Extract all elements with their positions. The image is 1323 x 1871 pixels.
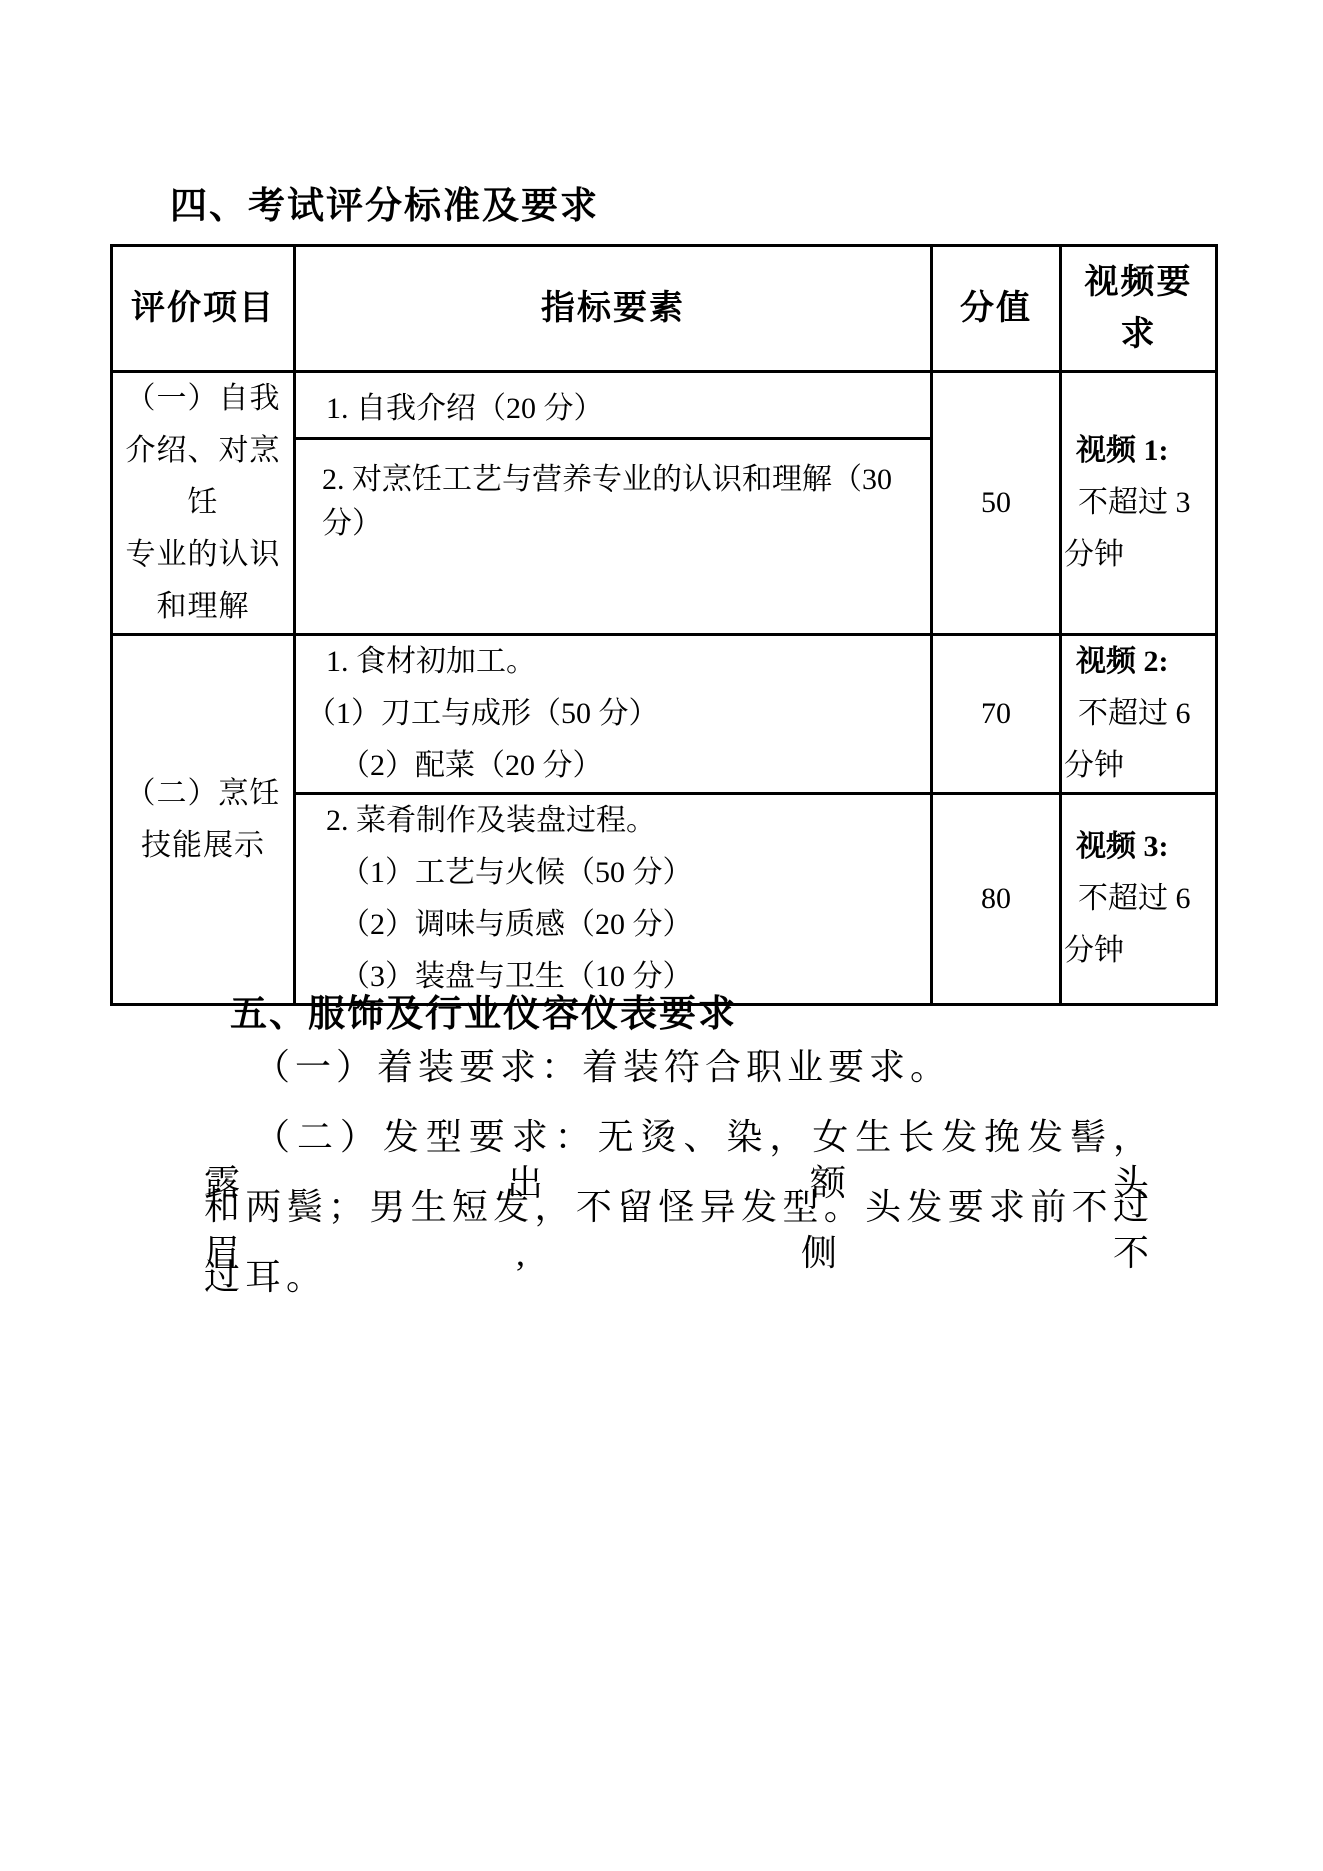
g2r1-line2: （1）刀工与成形（50 分） [296,688,930,740]
cell-indicator-g2r1: 1. 食材初加工。 （1）刀工与成形（50 分） （2）配菜（20 分） [295,635,932,794]
header-indicator: 指标要素 [295,246,932,372]
project-g1-line1: （一）自我 [113,373,293,425]
project-g2-line2: 技能展示 [113,820,293,872]
dress-requirement-paragraph: （一）着装要求：着装符合职业要求。 [204,1044,1154,1090]
project-g1-line3: 专业的认识 [113,529,293,581]
video1-limit-line2: 分钟 [1062,529,1215,581]
video3-title: 视频 3: [1062,821,1215,873]
video1-title: 视频 1: [1062,425,1215,477]
section4-heading: 四、考试评分标准及要求 [170,175,599,229]
section5-heading: 五、服饰及行业仪容仪表要求 [230,983,737,1037]
hairstyle-requirement-line3: 过耳。 [204,1254,1154,1300]
project-g1-line4: 和理解 [113,581,293,633]
header-video: 视频要 求 [1061,246,1217,372]
g2r1-line1: 1. 食材初加工。 [296,636,930,688]
video2-title: 视频 2: [1062,636,1215,688]
video1-limit-line1: 不超过 3 [1062,477,1215,529]
g2r1-line3: （2）配菜（20 分） [296,740,930,792]
cell-indicator-g1r2: 2. 对烹饪工艺与营养专业的认识和理解（30 分） [295,438,932,634]
g2r2-line3: （2）调味与质感（20 分） [296,899,930,951]
table-header-row: 评价项目 指标要素 分值 视频要 求 [112,246,1217,372]
scoring-table-grid: 评价项目 指标要素 分值 视频要 求 （一）自我 介绍、对烹饪 专业的认识 和理… [110,244,1218,1006]
cell-video-group1: 视频 1: 不超过 3 分钟 [1061,372,1217,635]
document-page: { "section4": { "heading": "四、考试评分标准及要求"… [0,0,1323,1871]
project-g2-line1: （二）烹饪 [113,768,293,820]
cell-score-g2r2: 80 [932,794,1061,1005]
cell-score-g2r1: 70 [932,635,1061,794]
video3-limit-line1: 不超过 6 [1062,873,1215,925]
video2-limit-line2: 分钟 [1062,740,1215,792]
cell-indicator-g1r1: 1. 自我介绍（20 分） [295,372,932,439]
header-video-line2: 求 [1062,309,1215,361]
g2r2-line1: 2. 菜肴制作及装盘过程。 [296,795,930,847]
project-g1-line2: 介绍、对烹饪 [113,425,293,529]
cell-video-g2r2: 视频 3: 不超过 6 分钟 [1061,794,1217,1005]
cell-video-g2r1: 视频 2: 不超过 6 分钟 [1061,635,1217,794]
table-row-g1r1: （一）自我 介绍、对烹饪 专业的认识 和理解 1. 自我介绍（20 分） 50 … [112,372,1217,439]
header-video-line1: 视频要 [1062,257,1215,309]
header-project: 评价项目 [112,246,295,372]
table-row-g2r1: （二）烹饪 技能展示 1. 食材初加工。 （1）刀工与成形（50 分） （2）配… [112,635,1217,794]
cell-score-group1: 50 [932,372,1061,635]
g2r2-line2: （1）工艺与火候（50 分） [296,847,930,899]
scoring-table: 评价项目 指标要素 分值 视频要 求 （一）自我 介绍、对烹饪 专业的认识 和理… [110,244,1218,1006]
cell-project-group1: （一）自我 介绍、对烹饪 专业的认识 和理解 [112,372,295,635]
header-score: 分值 [932,246,1061,372]
cell-project-group2: （二）烹饪 技能展示 [112,635,295,1005]
video3-limit-line2: 分钟 [1062,925,1215,977]
cell-indicator-g2r2: 2. 菜肴制作及装盘过程。 （1）工艺与火候（50 分） （2）调味与质感（20… [295,794,932,1005]
video2-limit-line1: 不超过 6 [1062,688,1215,740]
